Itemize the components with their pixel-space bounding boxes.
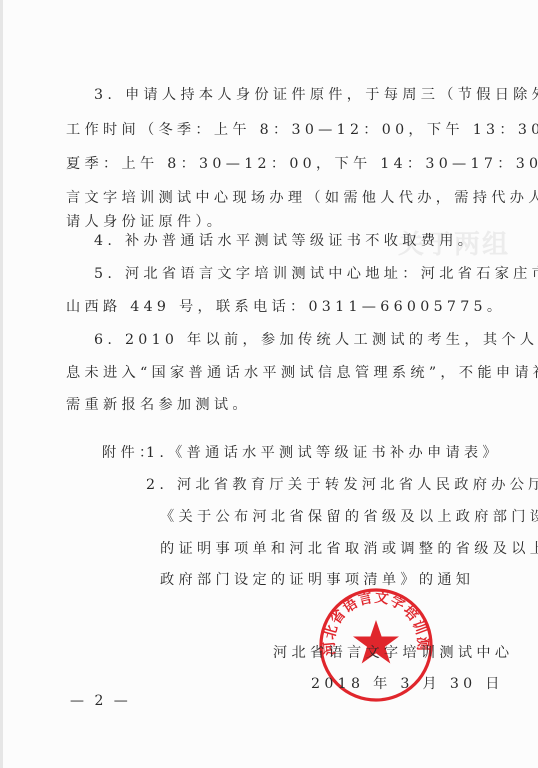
attachment-2-line-2: 《关于公布河北省保留的省级及以上政府部门设定 [160,508,538,526]
page-edge [0,0,3,768]
paragraph-6-line-1: 6. 2010 年以前，参加传统人工测试的考生，其个人测试信 [94,331,538,349]
signature-date: 2018 年 3 月 30 日 [311,673,504,693]
attachment-2-line-3: 的证明事项单和河北省取消或调整的省级及以上 [160,540,538,558]
page-number: — 2 — [70,693,131,709]
paragraph-3-line-2: 工作时间（冬季：上午 8：30—12：00，下午 13：30—17：30； [66,121,538,139]
paragraph-3-line-5: 请人身份证原件）。 [66,213,225,231]
paragraph-3-line-4: 言文字培训测试中心现场办理（如需他人代办，需持代办人及申 [66,189,538,207]
paragraph-5-line-1: 5. 河北省语言文字培训测试中心地址：河北省石家庄市中 [94,265,538,283]
paragraph-5-line-2: 山西路 449 号，联系电话：0311—66005775。 [66,298,505,316]
signature-organization: 河北省语言文字培训测试中心 [273,642,513,662]
paragraph-3-line-3: 夏季：上午 8：30—12：00，下午 14：30—17：30）到河北省语 [66,155,538,173]
attachment-1: 1.《普通话水平测试等级证书补办申请表》 [146,444,501,462]
paragraph-6-line-3: 需重新报名参加测试。 [66,396,251,414]
paragraph-6-line-2: 息未进入“国家普通话水平测试信息管理系统”，不能申请补办， [66,364,538,382]
paragraph-3-line-1: 3. 申请人持本人身份证件原件，于每周三（节假日除外） [94,86,538,104]
document-page: 关于两组 3. 申请人持本人身份证件原件，于每周三（节假日除外） 工作时间（冬季… [0,0,538,768]
attachment-2-line-1: 2. 河北省教育厅关于转发河北省人民政府办公厅 [146,476,538,494]
paragraph-4-line-1: 4. 补办普通话水平测试等级证书不收取费用。 [94,232,476,250]
